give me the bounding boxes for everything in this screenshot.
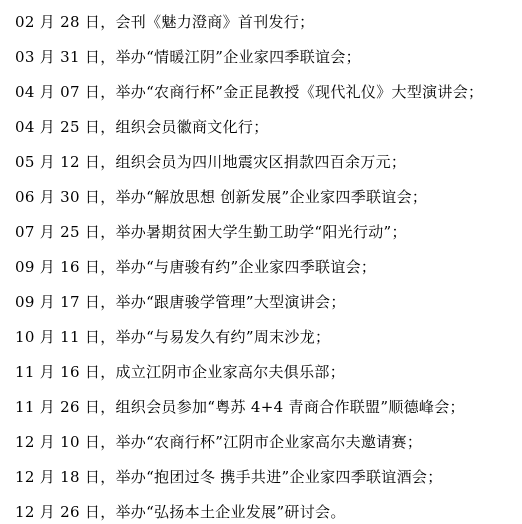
event-date: 04 月 25 日	[15, 118, 100, 136]
event-line: 05 月 12 日，组织会员为四川地震灾区捐款四百余万元；	[15, 145, 516, 180]
event-date: 03 月 31 日	[15, 48, 100, 66]
event-date: 12 月 10 日	[15, 433, 100, 451]
event-text: ，举办“农商行杯”江阴市企业家高尔夫邀请赛；	[100, 433, 422, 451]
event-line: 12 月 26 日，举办“弘扬本土企业发展”研讨会。	[15, 495, 516, 524]
event-text: ，会刊《魅力澄商》首刊发行；	[100, 13, 314, 31]
event-list: 02 月 28 日，会刊《魅力澄商》首刊发行； 03 月 31 日，举办“情暖江…	[0, 0, 522, 524]
event-line: 11 月 16 日，成立江阴市企业家高尔夫俱乐部；	[15, 355, 516, 390]
event-line: 06 月 30 日，举办“解放思想 创新发展”企业家四季联谊会；	[15, 180, 516, 215]
event-text: ，举办“解放思想 创新发展”企业家四季联谊会；	[100, 188, 427, 206]
event-line: 10 月 11 日，举办“与易发久有约”周末沙龙；	[15, 320, 516, 355]
event-date: 04 月 07 日	[15, 83, 100, 101]
event-line: 04 月 25 日，组织会员徽商文化行；	[15, 110, 516, 145]
event-date: 11 月 16 日	[15, 363, 100, 381]
event-text: ，举办“弘扬本土企业发展”研讨会。	[100, 503, 345, 521]
event-date: 09 月 17 日	[15, 293, 100, 311]
event-line: 07 月 25 日，举办暑期贫困大学生勤工助学“阳光行动”；	[15, 215, 516, 250]
event-date: 06 月 30 日	[15, 188, 100, 206]
event-text: ，举办“与唐骏有约”企业家四季联谊会；	[100, 258, 376, 276]
event-text: ，举办“跟唐骏学管理”大型演讲会；	[100, 293, 345, 311]
event-line: 04 月 07 日，举办“农商行杯”金正昆教授《现代礼仪》大型演讲会；	[15, 75, 516, 110]
event-text: ，举办“农商行杯”金正昆教授《现代礼仪》大型演讲会；	[100, 83, 483, 101]
event-date: 12 月 18 日	[15, 468, 100, 486]
event-date: 10 月 11 日	[15, 328, 100, 346]
event-line: 11 月 26 日，组织会员参加“粤苏 4+4 青商合作联盟”顺德峰会；	[15, 390, 516, 425]
event-date: 12 月 26 日	[15, 503, 100, 521]
event-text: ，组织会员参加“粤苏 4+4 青商合作联盟”顺德峰会；	[100, 398, 465, 416]
event-line: 12 月 18 日，举办“抱团过冬 携手共进”企业家四季联谊酒会；	[15, 460, 516, 495]
event-text: ，成立江阴市企业家高尔夫俱乐部；	[100, 363, 345, 381]
event-text: ，举办暑期贫困大学生勤工助学“阳光行动”；	[100, 223, 407, 241]
event-line: 09 月 16 日，举办“与唐骏有约”企业家四季联谊会；	[15, 250, 516, 285]
event-line: 12 月 10 日，举办“农商行杯”江阴市企业家高尔夫邀请赛；	[15, 425, 516, 460]
event-text: ，举办“情暖江阴”企业家四季联谊会；	[100, 48, 361, 66]
event-date: 07 月 25 日	[15, 223, 100, 241]
event-text: ，组织会员徽商文化行；	[100, 118, 268, 136]
event-line: 09 月 17 日，举办“跟唐骏学管理”大型演讲会；	[15, 285, 516, 320]
event-date: 05 月 12 日	[15, 153, 100, 171]
event-text: ，组织会员为四川地震灾区捐款四百余万元；	[100, 153, 406, 171]
event-date: 02 月 28 日	[15, 13, 100, 31]
event-text: ，举办“抱团过冬 携手共进”企业家四季联谊酒会；	[100, 468, 442, 486]
event-date: 09 月 16 日	[15, 258, 100, 276]
event-line: 03 月 31 日，举办“情暖江阴”企业家四季联谊会；	[15, 40, 516, 75]
event-date: 11 月 26 日	[15, 398, 100, 416]
event-text: ，举办“与易发久有约”周末沙龙；	[100, 328, 330, 346]
event-line: 02 月 28 日，会刊《魅力澄商》首刊发行；	[15, 5, 516, 40]
